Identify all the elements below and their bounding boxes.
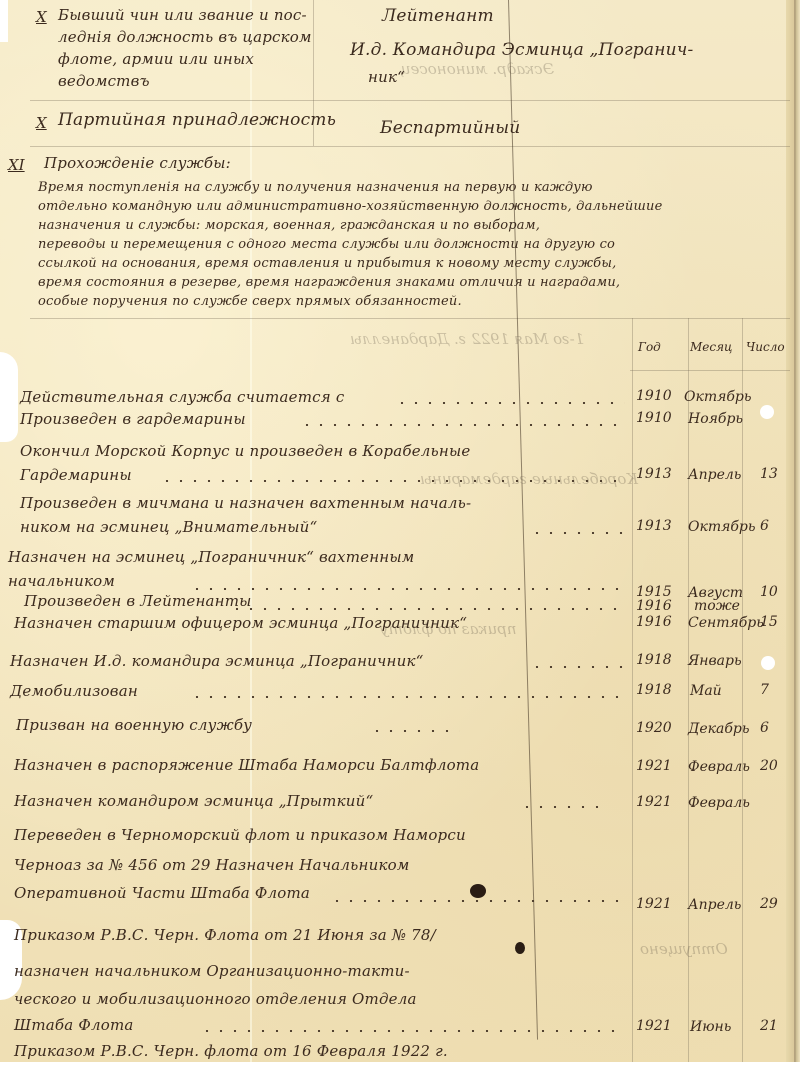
- document-page: Эскадр. миноносец 1-го Мая 1922 г. Дарда…: [0, 0, 800, 1062]
- entry-month: Октябрь: [684, 389, 752, 405]
- instructions-line: назначения и службы: морская, военная, г…: [38, 218, 540, 233]
- leader-dots: [160, 480, 625, 482]
- rank-value: Лейтенант: [382, 6, 494, 26]
- entry-month: Июнь: [690, 1019, 731, 1035]
- section-number: X: [36, 8, 47, 26]
- entry-text: Назначен командиром эсминца „Прыткий“: [14, 792, 373, 810]
- entry-text: Штаба Флота: [14, 1016, 134, 1034]
- leader-dots: [230, 608, 625, 610]
- entry-day: 15: [760, 614, 778, 630]
- position-value-cont: ник“: [368, 68, 405, 86]
- pencil-line: [508, 0, 538, 1040]
- entry-month: Декабрь: [688, 721, 750, 737]
- bleed-through-text: Отпущено: [640, 940, 728, 958]
- rank-label-line: Бывший чин или звание и пос-: [58, 6, 307, 24]
- entry-year: 1916: [636, 598, 672, 614]
- entry-day: 6: [760, 518, 769, 534]
- entry-text: Произведен в гардемарины: [20, 410, 246, 428]
- leader-dots: [190, 696, 625, 698]
- entry-year: 1910: [636, 410, 672, 426]
- entry-year: 1918: [636, 652, 672, 668]
- entry-text: Назначен И.д. командира эсминца „Пограни…: [10, 652, 424, 670]
- entry-month: Октябрь: [688, 519, 756, 535]
- entry-month: Апрель: [688, 897, 741, 913]
- rule-line: [630, 370, 790, 371]
- entry-month: тоже: [694, 598, 740, 614]
- entry-text: начальником: [8, 572, 115, 590]
- rank-label-line: леднiя должность въ царском: [58, 28, 312, 46]
- entry-text: Гардемарины: [20, 466, 132, 484]
- entry-text: Приказом Р.В.С. Черн. Флота от 21 Июня з…: [14, 926, 436, 944]
- leader-dots: [530, 532, 625, 534]
- instructions-line: ссылкой на основания, время оставления и…: [38, 256, 616, 271]
- paper-edge: [786, 0, 800, 1062]
- entry-text: Призван на военную службу: [16, 716, 252, 734]
- leader-dots: [190, 588, 625, 590]
- entry-year: 1916: [636, 614, 672, 630]
- party-value: Беспартийный: [380, 118, 520, 138]
- entry-text: назначен начальником Организационно-такт…: [14, 962, 410, 980]
- leader-dots: [395, 402, 625, 404]
- entry-year: 1918: [636, 682, 672, 698]
- column-header-day: Число: [746, 340, 785, 354]
- entry-month: Январь: [688, 653, 742, 669]
- entry-day: 7: [760, 682, 769, 698]
- leader-dots: [300, 424, 625, 426]
- entry-text: ческого и мобилизационного отделения Отд…: [14, 990, 417, 1008]
- column-divider-day: [742, 318, 743, 1062]
- entry-day: 6: [760, 720, 769, 736]
- entry-text: Назначен старшим офицером эсминца „Погра…: [14, 614, 467, 632]
- leader-dots: [520, 806, 600, 808]
- entry-text: Действительная служба считается с: [20, 388, 344, 406]
- rule-line: [30, 318, 790, 319]
- torn-edge: [0, 352, 18, 442]
- bleed-through-text: Эскадр. миноносец: [400, 60, 554, 78]
- entry-day: 29: [760, 896, 778, 912]
- rank-label-line: ведомствъ: [58, 72, 150, 90]
- bleed-through-text: 1-го Мая 1922 г. Дарданеллы: [350, 330, 584, 348]
- entry-text: Оперативной Части Штаба Флота: [14, 884, 310, 902]
- instructions-line: Время поступленiя на службу и получения …: [38, 180, 593, 195]
- rule-line: [30, 146, 790, 147]
- entry-text: ником на эсминец „Внимательный“: [20, 518, 317, 536]
- entry-day: 20: [760, 758, 778, 774]
- entry-text: Переведен в Черноморский флот и приказом…: [14, 826, 466, 844]
- rank-label-line: флоте, армии или иных: [58, 50, 254, 68]
- instructions-line: отдельно командную или административно-х…: [38, 199, 662, 214]
- entry-month: Май: [690, 683, 722, 699]
- entry-year: 1921: [636, 758, 672, 774]
- entry-text: Произведен в Лейтенанты: [24, 592, 252, 610]
- entry-text: Черноаз за № 456 от 29 Назначен Начальни…: [14, 856, 409, 874]
- position-value: И.д. Командира Эсминца „Погранич-: [350, 40, 694, 60]
- entry-month: Сентябрь: [688, 615, 764, 631]
- entry-year: 1921: [636, 794, 672, 810]
- entry-day: 10: [760, 584, 778, 600]
- entry-year: 1921: [636, 896, 672, 912]
- entry-day: 13: [760, 466, 778, 482]
- entry-month: Февраль: [688, 795, 750, 811]
- section-number: XI: [8, 156, 25, 174]
- entry-year: 1921: [636, 1018, 672, 1034]
- ink-blot: [515, 942, 525, 954]
- entry-year: 1920: [636, 720, 672, 736]
- entry-text: Назначен в распоряжение Штаба Наморси Ба…: [14, 756, 479, 774]
- service-label: Прохожденiе службы:: [44, 154, 231, 172]
- entry-text: Демобилизован: [10, 682, 138, 700]
- entry-year: 1913: [636, 518, 672, 534]
- party-label: Партийная принадлежность: [58, 110, 336, 130]
- entry-month: Апрель: [688, 467, 741, 483]
- punch-hole: [760, 405, 774, 419]
- entry-year: 1910: [636, 388, 672, 404]
- punch-hole: [761, 656, 775, 670]
- column-divider-year: [632, 318, 633, 1062]
- ink-blot: [470, 884, 486, 898]
- leader-dots: [330, 900, 625, 902]
- entry-text: Назначен на эсминец „Пограничник“ вахтен…: [8, 548, 414, 566]
- entry-text: Окончил Морской Корпус и произведен в Ко…: [20, 442, 470, 460]
- entry-day: 21: [760, 1018, 778, 1034]
- instructions-line: переводы и перемещения с одного места сл…: [38, 237, 615, 252]
- leader-dots: [530, 666, 625, 668]
- entry-text: Произведен в мичмана и назначен вахтенны…: [20, 494, 471, 512]
- instructions-line: время состояния в резерве, время награжд…: [38, 275, 620, 290]
- rule-line: [30, 100, 790, 101]
- column-header-year: Год: [638, 340, 661, 354]
- entry-year: 1913: [636, 466, 672, 482]
- leader-dots: [370, 730, 460, 732]
- entry-text: Приказом Р.В.С. Черн. флота от 16 Феврал…: [14, 1042, 448, 1060]
- bleed-through-text: Корабельные гардемарины: [420, 470, 638, 488]
- column-header-month: Месяц: [690, 340, 732, 354]
- leader-dots: [200, 1030, 625, 1032]
- section-number: X: [36, 114, 47, 132]
- instructions-line: особые поручения по службе сверх прямых …: [38, 294, 462, 309]
- entry-month: Февраль: [688, 759, 750, 775]
- entry-month: Ноябрь: [688, 411, 743, 427]
- torn-edge: [0, 0, 8, 42]
